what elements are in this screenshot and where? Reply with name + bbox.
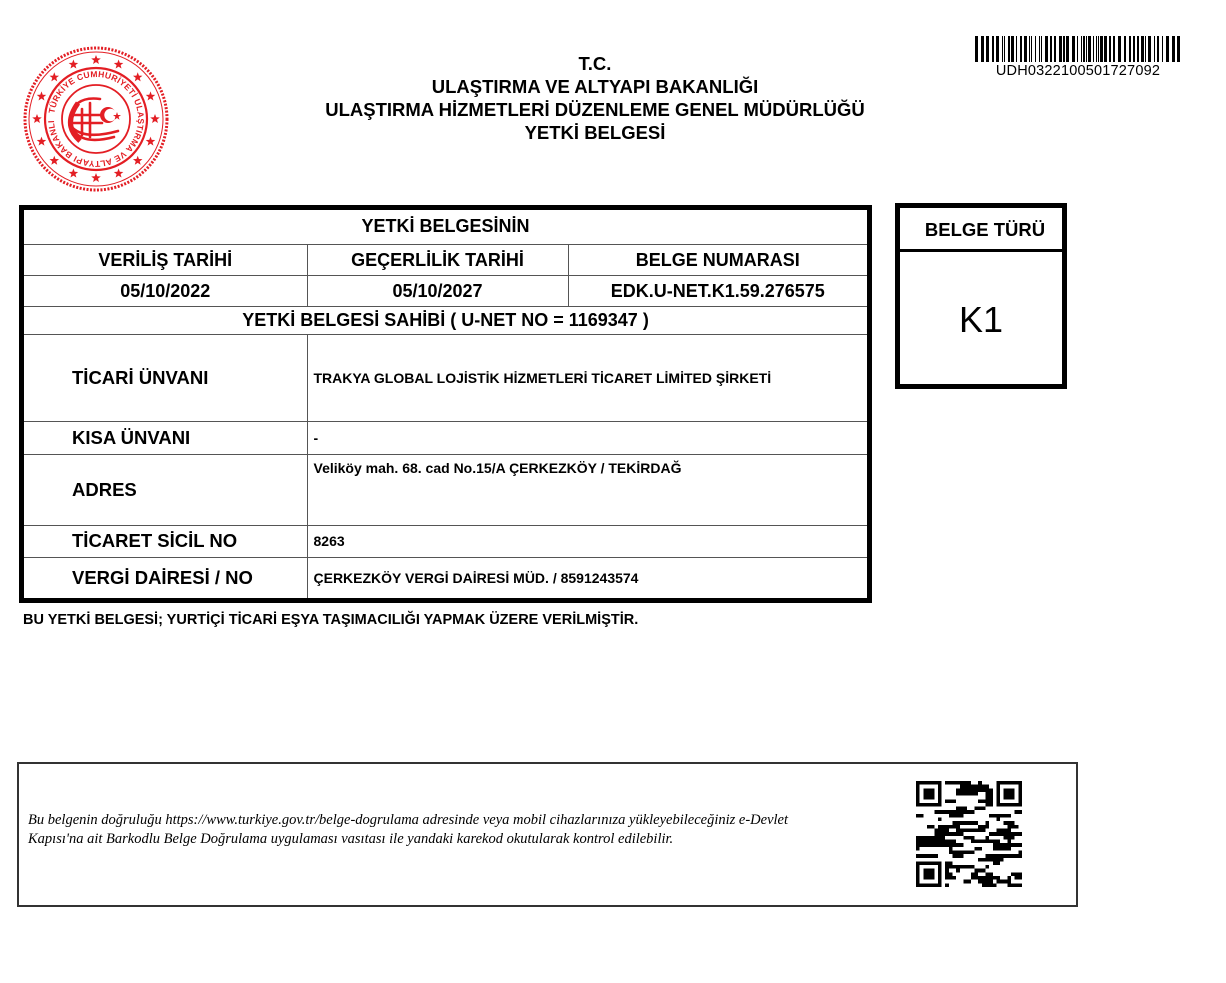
header-directorate: ULAŞTIRMA HİZMETLERİ DÜZENLEME GENEL MÜD… [290, 98, 900, 121]
label-address: ADRES [24, 454, 307, 525]
document-header: T.C. ULAŞTIRMA VE ALTYAPI BAKANLIĞI ULAŞ… [290, 52, 900, 144]
value-trade-registry-no: 8263 [307, 525, 867, 557]
label-trade-name: TİCARİ ÜNVANI [24, 335, 307, 422]
qr-code-icon[interactable] [916, 781, 1022, 887]
value-trade-name: TRAKYA GLOBAL LOJİSTİK HİZMETLERİ TİCARE… [307, 335, 867, 422]
column-validity-date: GEÇERLİLİK TARİHİ [307, 244, 568, 275]
header-document-title: YETKİ BELGESİ [290, 121, 900, 144]
label-tax-office: VERGİ DAİRESİ / NO [24, 557, 307, 598]
document-type-box: BELGE TÜRÜ K1 [895, 203, 1067, 389]
value-tax-office: ÇERKEZKÖY VERGİ DAİRESİ MÜD. / 859124357… [307, 557, 867, 598]
authorization-statement: BU YETKİ BELGESİ; YURTİÇİ TİCARİ EŞYA TA… [23, 612, 638, 628]
label-trade-registry-no: TİCARET SİCİL NO [24, 525, 307, 557]
verification-text: Bu belgenin doğruluğu https://www.turkiy… [28, 811, 888, 849]
section-title: YETKİ BELGESİNİN [24, 210, 867, 244]
label-short-name: KISA ÜNVANI [24, 422, 307, 454]
value-address: Veliköy mah. 68. cad No.15/A ÇERKEZKÖY /… [307, 454, 867, 525]
owner-title: YETKİ BELGESİ SAHİBİ ( U-NET NO = 116934… [24, 306, 867, 334]
column-issue-date: VERİLİŞ TARİHİ [24, 244, 307, 275]
ministry-seal-logo: TÜRKİYE CUMHURİYETİ ULAŞTIRMA VE ALTYAPI… [22, 45, 170, 193]
barcode-block: UDH0322100501727092 [974, 36, 1182, 79]
verification-box: Bu belgenin doğruluğu https://www.turkiy… [17, 762, 1078, 907]
validity-date-value: 05/10/2027 [307, 276, 568, 306]
issue-date-value: 05/10/2022 [24, 276, 307, 306]
value-short-name: - [307, 422, 867, 454]
header-tc: T.C. [290, 52, 900, 75]
header-ministry: ULAŞTIRMA VE ALTYAPI BAKANLIĞI [290, 75, 900, 98]
document-type-value: K1 [900, 300, 1062, 340]
column-document-number: BELGE NUMARASI [568, 244, 867, 275]
verification-line-1: Bu belgenin doğruluğu https://www.turkiy… [28, 811, 888, 830]
document-number-value: EDK.U-NET.K1.59.276575 [568, 276, 867, 306]
certificate-table: YETKİ BELGESİNİN VERİLİŞ TARİHİ GEÇERLİL… [19, 205, 872, 603]
verification-line-2: Kapısı'na ait Barkodlu Belge Doğrulama u… [28, 830, 888, 849]
barcode-number: UDH0322100501727092 [974, 63, 1182, 79]
barcode-icon [975, 36, 1181, 62]
document-type-label: BELGE TÜRÜ [900, 208, 1062, 252]
